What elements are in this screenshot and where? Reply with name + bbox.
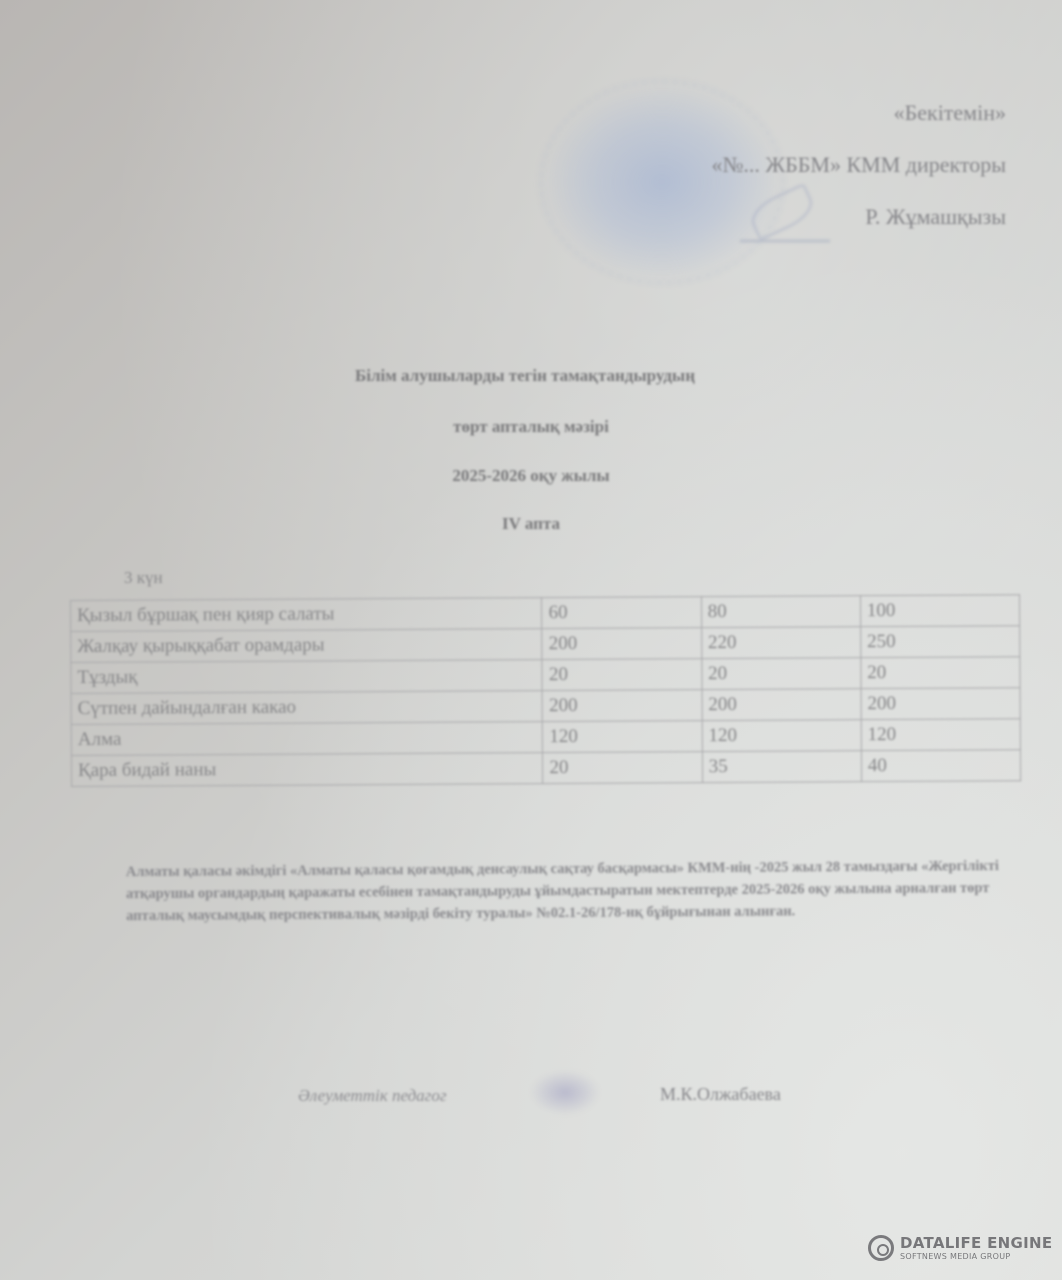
pedagogue-signature <box>530 1070 600 1115</box>
portion-value: 200 <box>702 689 861 721</box>
academic-year: 2025-2026 оқу жылы <box>0 466 1062 486</box>
week-label: IV апта <box>0 514 1062 534</box>
portion-value: 60 <box>542 597 701 629</box>
day-label: 3 күн <box>124 568 163 588</box>
document-title-line-1: Білім алушыларды тегін тамақтандырудың <box>0 366 1056 386</box>
table-row: Қара бидай наны203540 <box>71 750 1020 787</box>
footer-role: Әлеуметтік педагог <box>298 1086 446 1106</box>
portion-value: 220 <box>701 627 860 659</box>
dish-name: Қызыл бұршақ пен қияр салаты <box>71 598 543 632</box>
director-signature <box>740 190 830 242</box>
portion-value: 200 <box>543 690 702 722</box>
approval-position: «№... ЖББМ» КММ директоры <box>711 152 1006 178</box>
watermark-subtitle: SOFTNEWS MEDIA GROUP <box>900 1252 1052 1261</box>
portion-value: 20 <box>543 752 702 784</box>
portion-value: 80 <box>701 596 860 628</box>
portion-value: 200 <box>861 688 1020 720</box>
portion-value: 250 <box>860 626 1019 658</box>
portion-value: 120 <box>702 720 861 752</box>
footer-name: М.К.Олжабаева <box>660 1084 781 1105</box>
approval-director-name: Р. Жұмашқызы <box>865 204 1006 230</box>
document-title-line-2: төрт апталық мәзірі <box>0 417 1062 437</box>
portion-value: 40 <box>861 750 1020 782</box>
portion-value: 20 <box>861 657 1020 689</box>
dish-name: Сүтпен дайындалған какао <box>71 691 543 725</box>
dish-name: Алма <box>71 722 543 756</box>
watermark-title: DATALIFE ENGINE <box>900 1234 1052 1252</box>
portion-value: 20 <box>702 658 861 690</box>
dish-name: Тұздық <box>71 660 543 694</box>
portion-value: 200 <box>542 628 701 660</box>
dish-name: Жалқау қырыққабат орамдары <box>71 629 543 663</box>
menu-table: Қызыл бұршақ пен қияр салаты6080100Жалқа… <box>70 594 1021 787</box>
source-note: Алматы қаласы әкімдігі «Алматы қаласы қо… <box>126 855 1026 927</box>
portion-value: 120 <box>861 719 1020 751</box>
dish-name: Қара бидай наны <box>71 753 543 787</box>
portion-value: 100 <box>860 595 1019 627</box>
portion-value: 20 <box>542 659 701 691</box>
portion-value: 35 <box>702 751 861 783</box>
approval-heading: «Бекітемін» <box>894 100 1006 126</box>
portion-value: 120 <box>543 721 702 753</box>
datalife-watermark: DATALIFE ENGINE SOFTNEWS MEDIA GROUP <box>868 1234 1052 1261</box>
official-stamp <box>540 80 784 284</box>
document-photo: «Бекітемін» «№... ЖББМ» КММ директоры Р.… <box>0 0 1062 1280</box>
datalife-logo-icon <box>868 1235 894 1261</box>
